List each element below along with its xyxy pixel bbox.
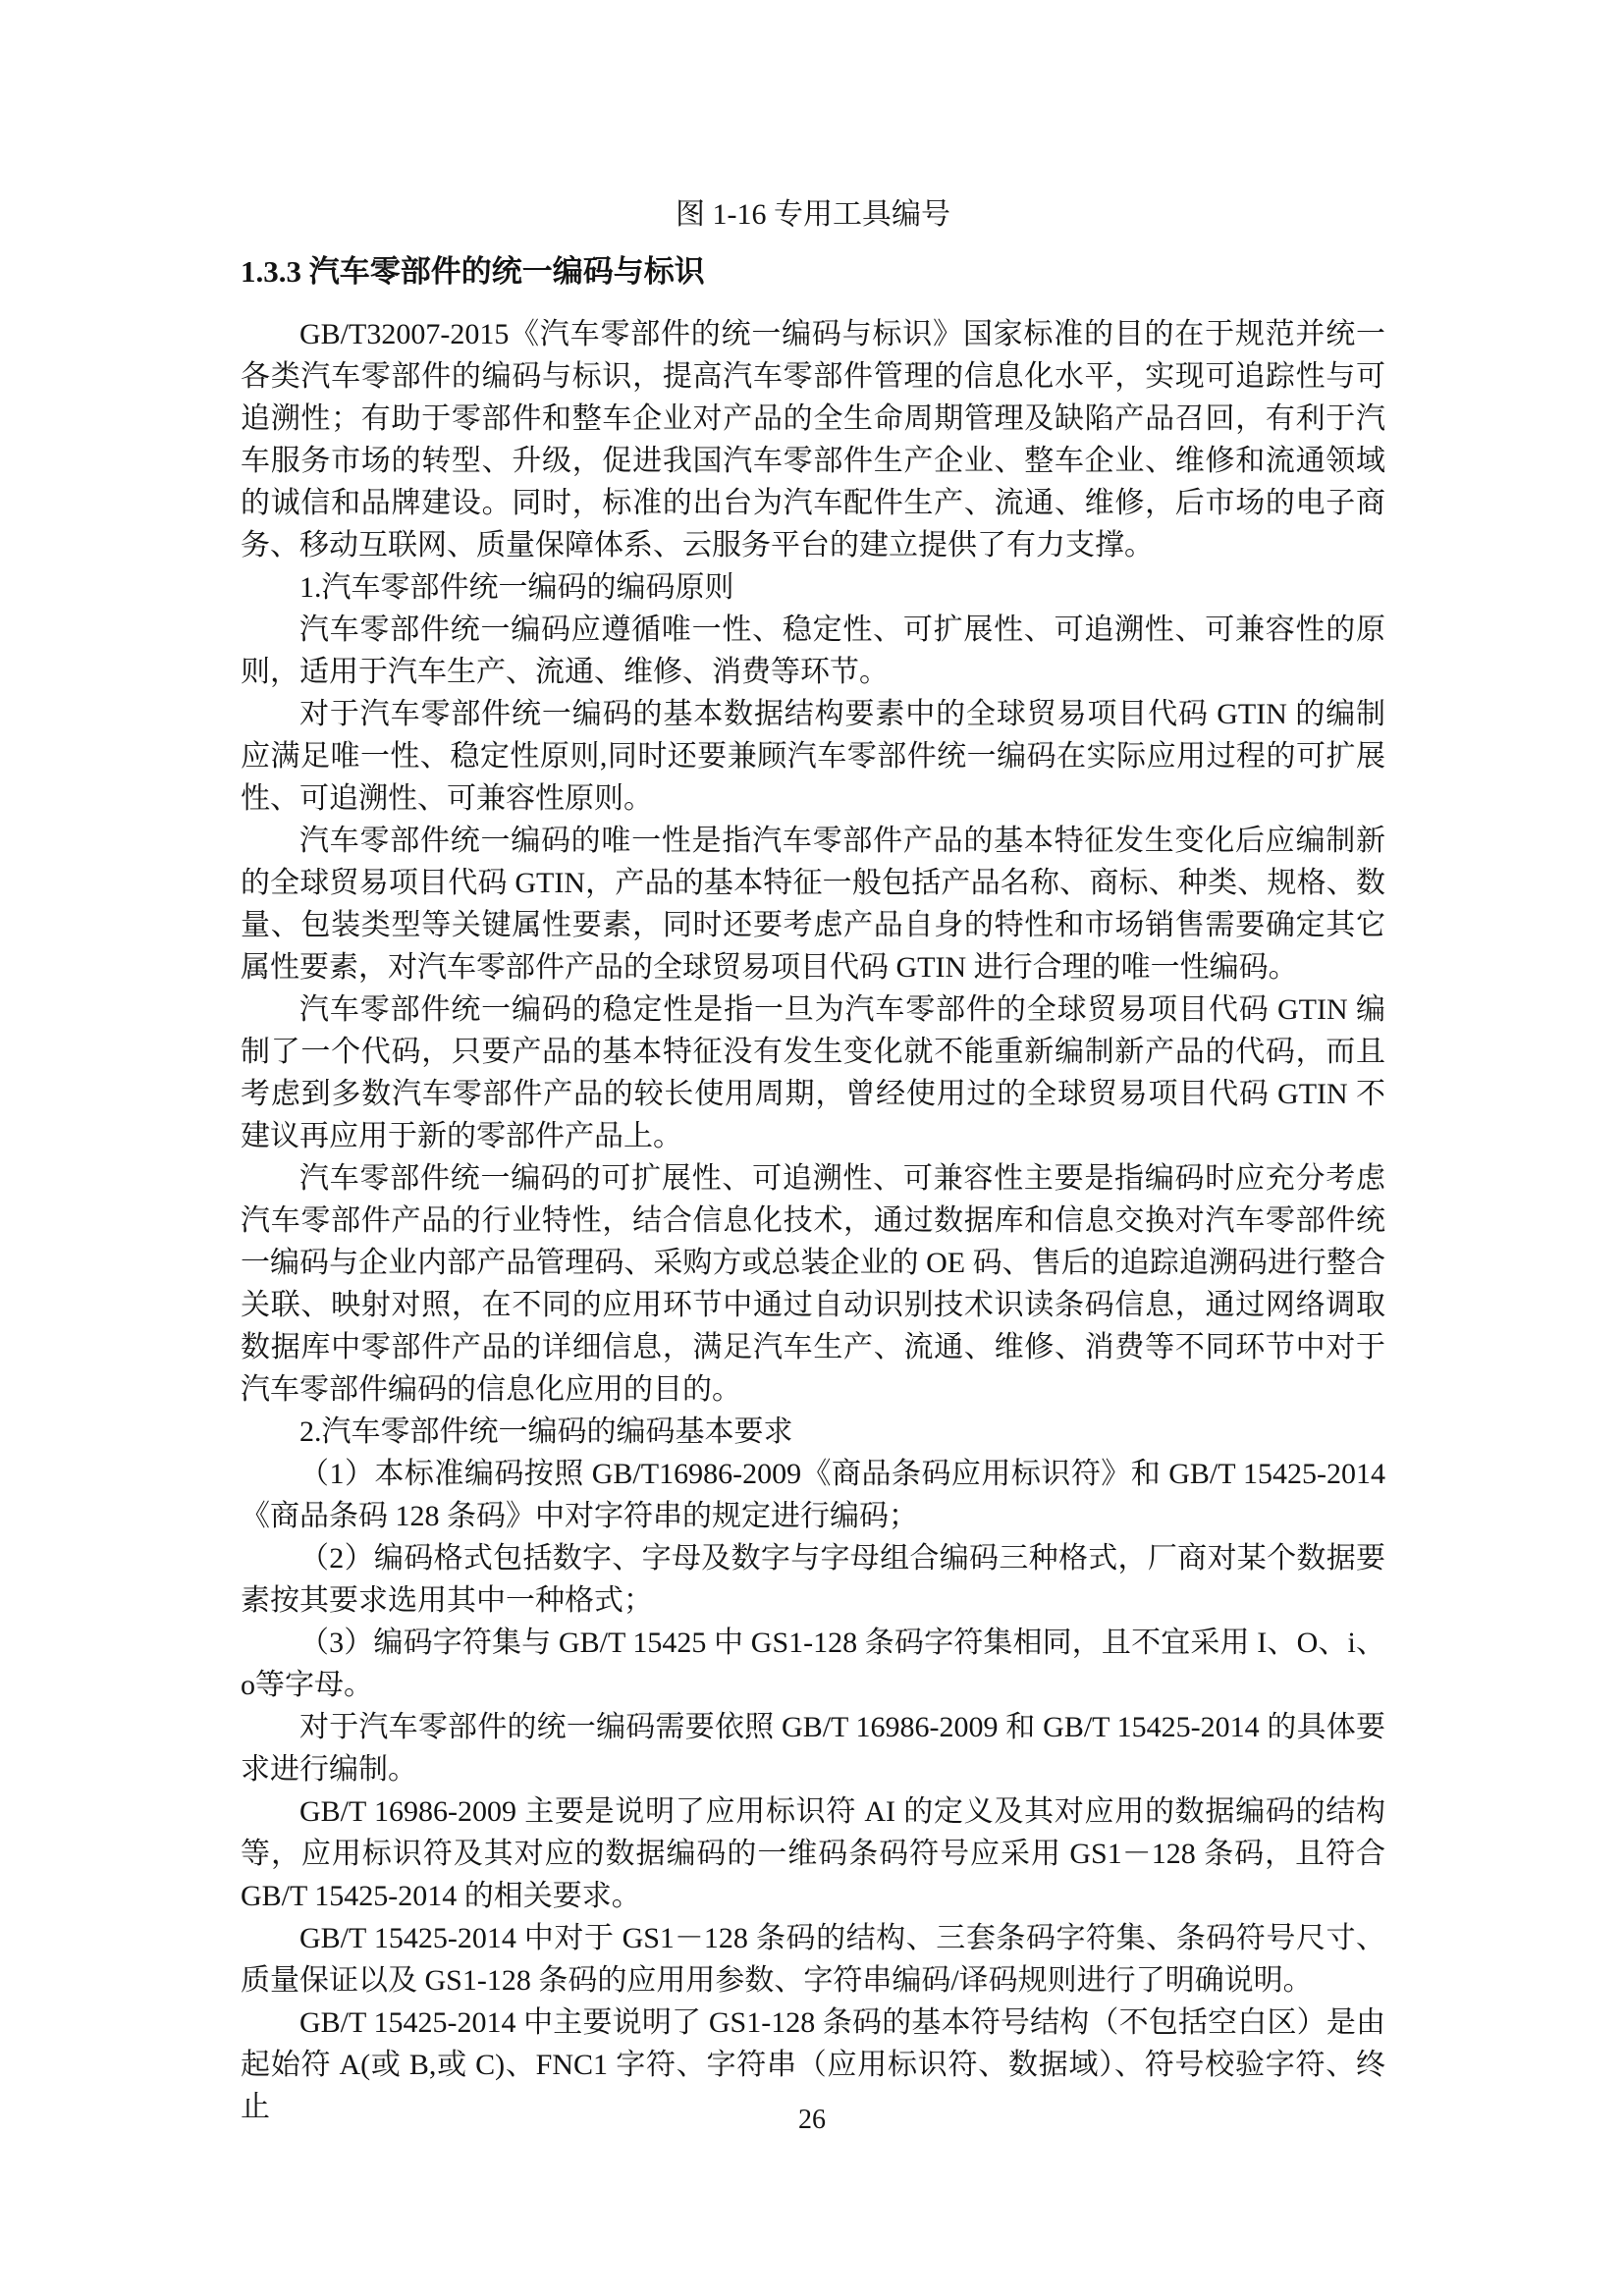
paragraph: 汽车零部件统一编码的稳定性是指一旦为汽车零部件的全球贸易项目代码 GTIN 编制… xyxy=(241,988,1385,1157)
page-content: 图 1-16 专用工具编号 1.3.3 汽车零部件的统一编码与标识 GB/T32… xyxy=(241,193,1385,2128)
page-number: 26 xyxy=(798,2105,826,2135)
paragraph: GB/T 16986-2009 主要是说明了应用标识符 AI 的定义及其对应用的… xyxy=(241,1790,1385,1917)
section-heading: 1.3.3 汽车零部件的统一编码与标识 xyxy=(241,250,1385,293)
paragraph: 对于汽车零部件的统一编码需要依照 GB/T 16986-2009 和 GB/T … xyxy=(241,1706,1385,1790)
paragraph: 汽车零部件统一编码的唯一性是指汽车零部件产品的基本特征发生变化后应编制新的全球贸… xyxy=(241,820,1385,988)
paragraph: 汽车零部件统一编码的可扩展性、可追溯性、可兼容性主要是指编码时应充分考虑汽车零部… xyxy=(241,1157,1385,1411)
subheading-1: 1.汽车零部件统一编码的编码原则 xyxy=(241,566,1385,609)
document-page: 图 1-16 专用工具编号 1.3.3 汽车零部件的统一编码与标识 GB/T32… xyxy=(0,0,1624,2296)
paragraph: 汽车零部件统一编码应遵循唯一性、稳定性、可扩展性、可追溯性、可兼容性的原则，适用… xyxy=(241,609,1385,693)
list-item-3: （3）编码字符集与 GB/T 15425 中 GS1-128 条码字符集相同，且… xyxy=(241,1622,1385,1706)
paragraph: GB/T32007-2015《汽车零部件的统一编码与标识》国家标准的目的在于规范… xyxy=(241,313,1385,566)
list-item-1: （1）本标准编码按照 GB/T16986-2009《商品条码应用标识符》和 GB… xyxy=(241,1453,1385,1537)
page-footer: 26 xyxy=(0,2103,1624,2138)
paragraph: 对于汽车零部件统一编码的基本数据结构要素中的全球贸易项目代码 GTIN 的编制应… xyxy=(241,693,1385,820)
list-item-2: （2）编码格式包括数字、字母及数字与字母组合编码三种格式，厂商对某个数据要素按其… xyxy=(241,1537,1385,1622)
paragraph: GB/T 15425-2014 中对于 GS1－128 条码的结构、三套条码字符… xyxy=(241,1917,1385,2002)
figure-caption: 图 1-16 专用工具编号 xyxy=(241,193,1385,236)
subheading-2: 2.汽车零部件统一编码的编码基本要求 xyxy=(241,1411,1385,1453)
